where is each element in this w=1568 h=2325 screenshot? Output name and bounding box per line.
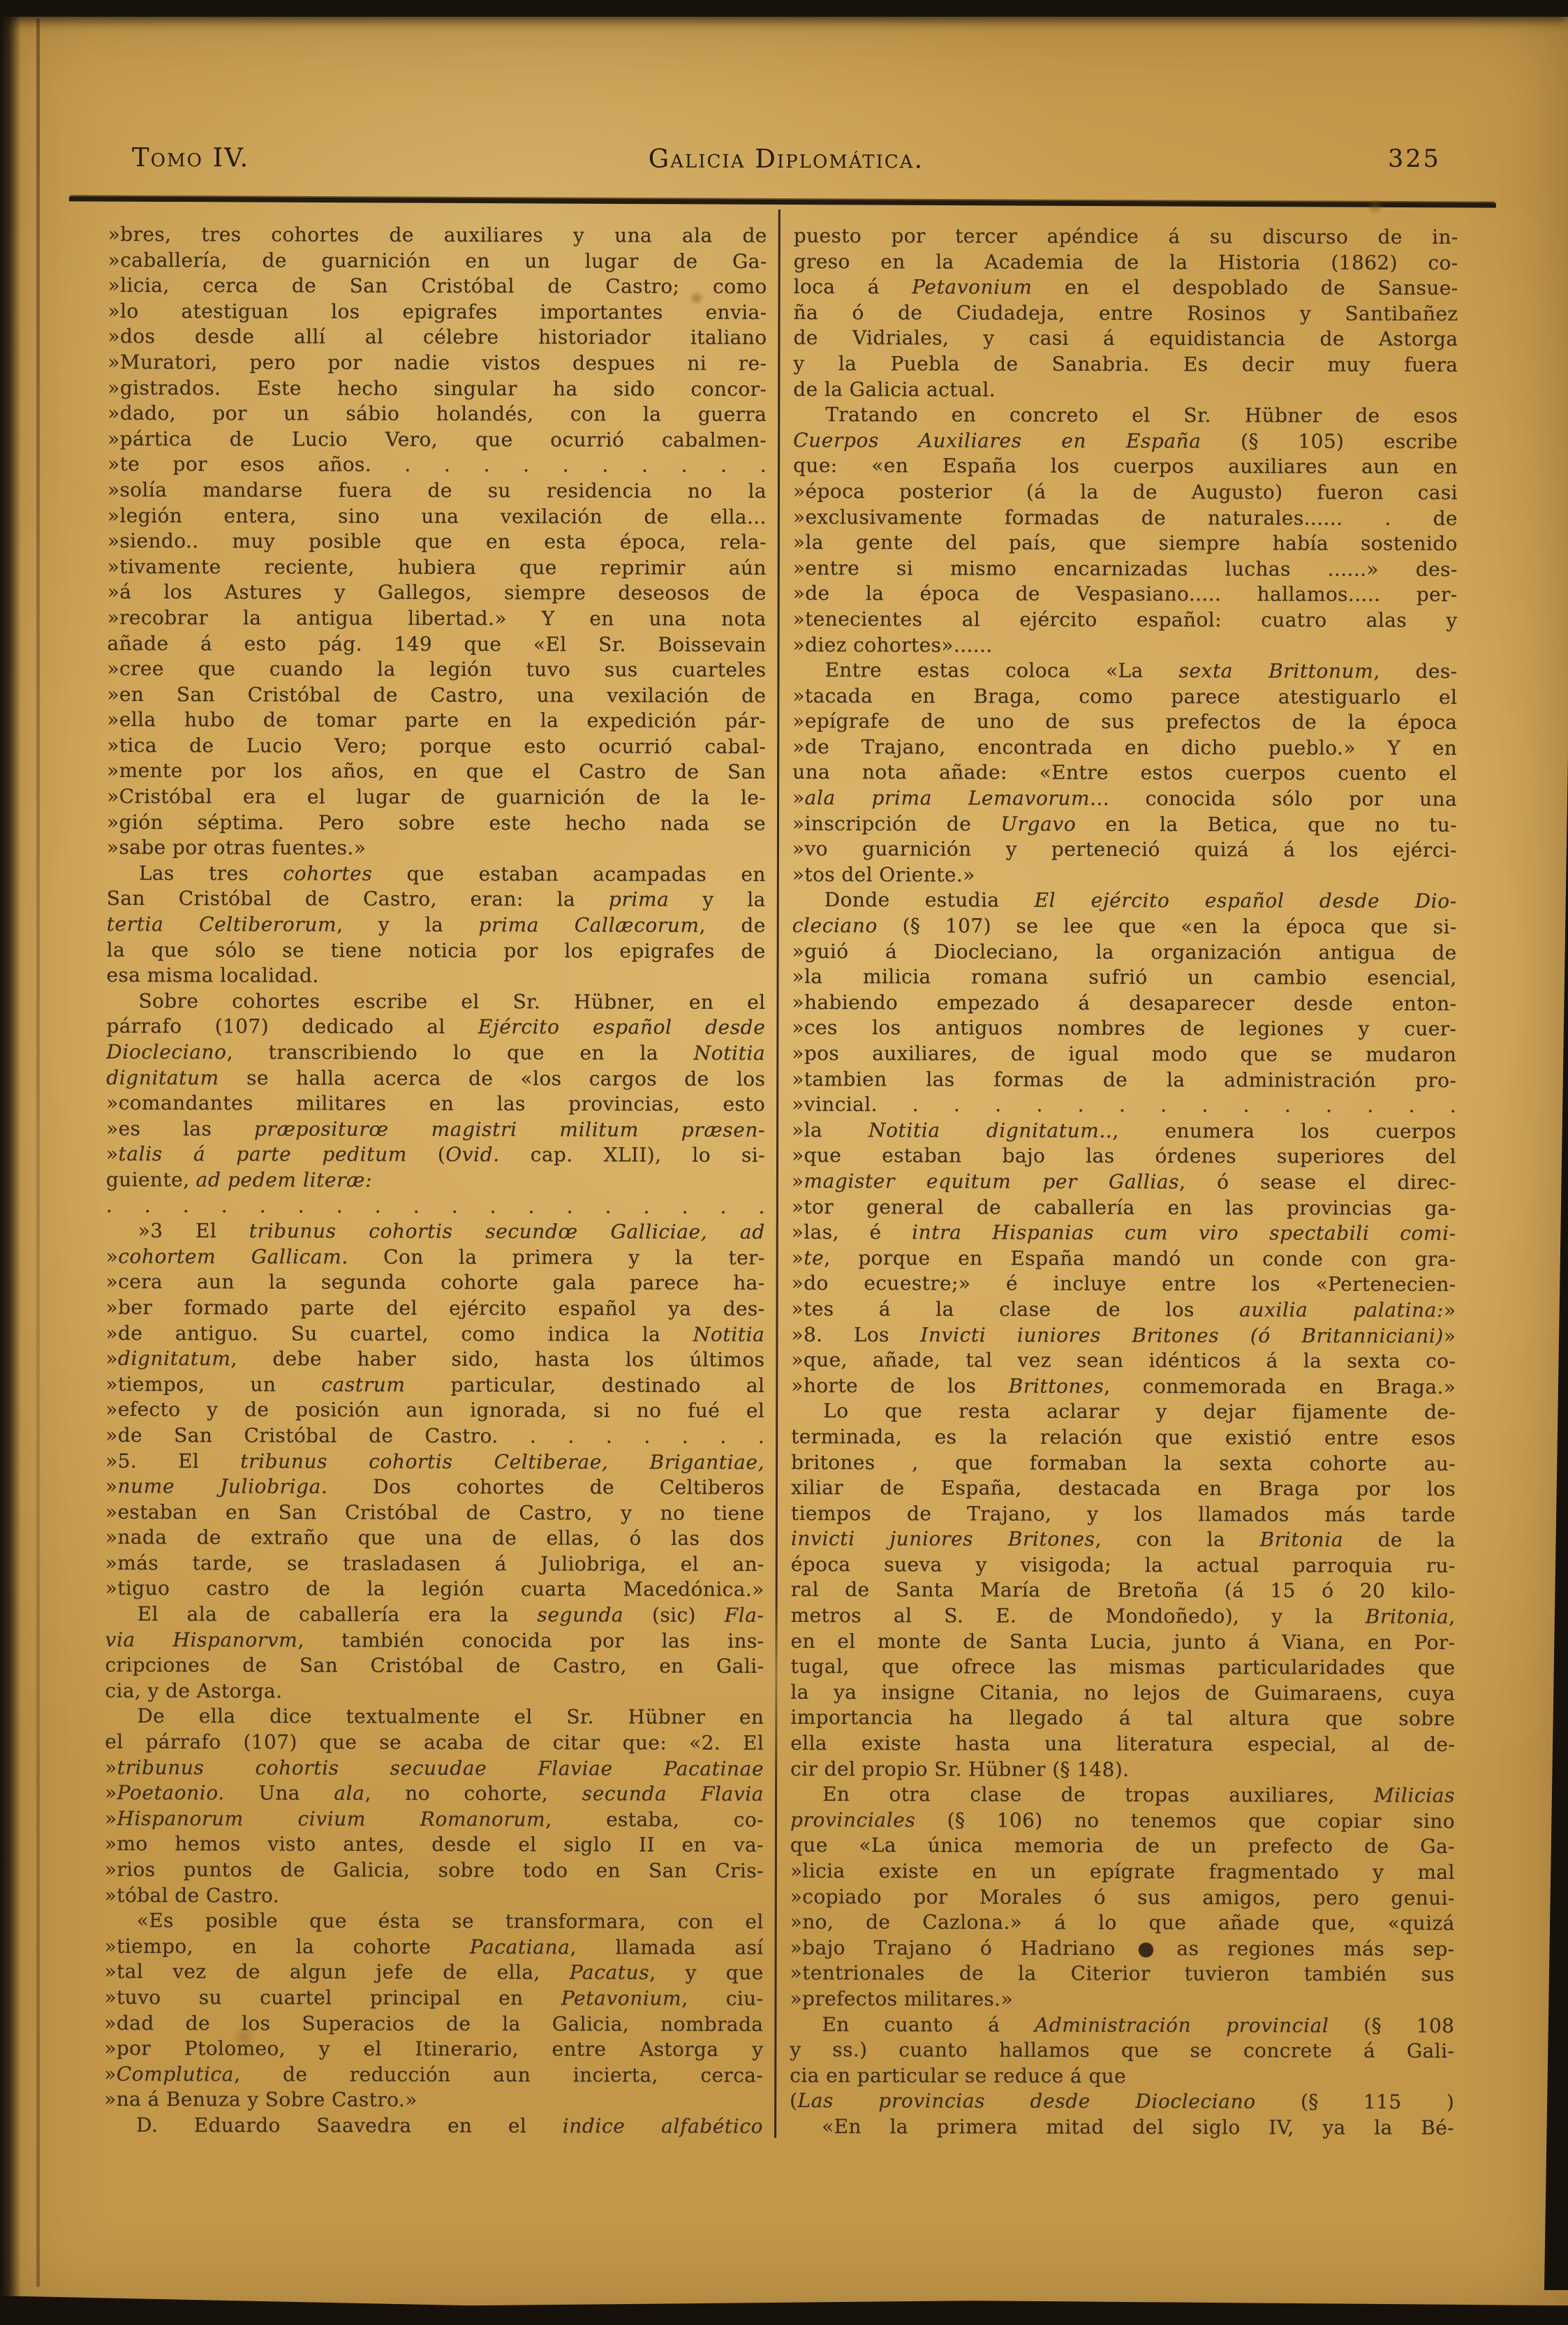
- text-line: »tuvo su cuartel principal en Petavonium…: [104, 1985, 763, 2012]
- text-line: »época posterior (á la de Augusto) fuero…: [793, 479, 1458, 506]
- text-line: San Cristóbal de Castro, eran: la prima …: [107, 886, 766, 913]
- text-line: »de antiguo. Su cuartel, como indica la …: [105, 1320, 764, 1348]
- page-content: Tomo IV. Galicia Diplomática. 325 »bres,…: [0, 0, 1568, 2325]
- text-line: »Complutica, de reducción aun incierta, …: [104, 2062, 763, 2089]
- text-line: »comandantes militares en las provincias…: [106, 1091, 765, 1118]
- text-line: »vincial. . . . . . . . . . . . . . .: [792, 1092, 1456, 1119]
- text-line: »es las præpositurœ magistri militum præ…: [106, 1116, 765, 1144]
- text-line: »habiendo empezado á desaparecer desde e…: [792, 990, 1456, 1017]
- text-line: »tes á la clase de los auxilia palatina:…: [792, 1297, 1456, 1324]
- text-line: »3 El tribunus cohortis secundœ Gallicia…: [106, 1218, 765, 1246]
- text-line: invicti juniores Britones, con la Briton…: [791, 1526, 1456, 1553]
- text-line: cir del propio Sr. Hübner (§ 148).: [790, 1757, 1455, 1784]
- text-line: »dos desde allí al célebre historiador i…: [108, 324, 767, 351]
- text-line: »de la época de Vespasiano..... hallamos…: [793, 581, 1458, 608]
- text-line: la que sólo se tiene noticia por los epi…: [107, 938, 766, 965]
- text-line: »gistrados. Este hecho singular ha sido …: [108, 376, 767, 403]
- text-line: »dad de los Superacios de la Galicia, no…: [104, 2011, 763, 2038]
- text-line: »tentrionales de la Citerior tuvieron ta…: [790, 1961, 1455, 1988]
- text-line: »licia, cerca de San Cristóbal de Castro…: [108, 273, 767, 300]
- text-line: »tenecientes al ejército español: cuatro…: [793, 607, 1458, 634]
- scanned-book-page: Tomo IV. Galicia Diplomática. 325 »bres,…: [0, 0, 1568, 2325]
- text-line: »á los Astures y Gallegos, siempre deseo…: [108, 580, 767, 607]
- text-line: »pos auxiliares, de igual modo que se mu…: [792, 1041, 1456, 1068]
- text-line: añade á esto pág. 149 que «El Sr. Boisse…: [108, 630, 767, 658]
- text-line: »que, añade, tal vez sean idénticos á la…: [791, 1348, 1456, 1375]
- text-line: »cree que cuando la legión tuvo sus cuar…: [107, 656, 766, 684]
- text-line: greso en la Academia de la Historia (186…: [794, 249, 1458, 276]
- text-line: »ala prima Lemavorum... conocida sólo po…: [792, 785, 1457, 813]
- text-line: ña ó de Ciudadeja, entre Rosinos y Santi…: [794, 300, 1458, 327]
- text-line: »inscripción de Urgavo en la Betica, que…: [792, 811, 1457, 839]
- text-line: »solía mandarse fuera de su residencia n…: [108, 478, 767, 505]
- text-line: »Hispanorum civium Romanorum, estaba, co…: [105, 1806, 764, 1833]
- text-line: »pártica de Lucio Vero, que ocurrió caba…: [108, 427, 767, 454]
- text-line: »vo guarnición y perteneció quizá á los …: [792, 836, 1457, 864]
- text-line: »tambien las formas de la administración…: [792, 1067, 1456, 1094]
- text-line: »cohortem Gallicam. Con la primera y la …: [106, 1244, 765, 1271]
- text-line: »ella hubo de tomar parte en la expedici…: [107, 707, 766, 735]
- column-divider-rule: [774, 209, 781, 2138]
- text-line: cripciones de San Cristóbal de Castro, e…: [105, 1653, 764, 1680]
- text-line: »magister equitum per Gallias, ó sease e…: [792, 1169, 1456, 1196]
- text-line: »por Ptolomeo, y el Itinerario, entre As…: [104, 2036, 763, 2063]
- text-line: ella existe hasta una literatura especia…: [790, 1731, 1455, 1758]
- text-line: ral de Santa María de Bretoña (á 15 ó 20…: [791, 1577, 1456, 1604]
- text-line: guiente, ad pedem literæ:: [106, 1167, 765, 1195]
- gutter-crease: [36, 18, 40, 2287]
- text-line: »prefectos militares.»: [790, 1986, 1454, 2014]
- text-line: época sueva y visigoda; la actual parroq…: [791, 1552, 1456, 1579]
- text-line: »diez cohortes»......: [793, 633, 1458, 660]
- text-line: Entre estas coloca «La sexta Brittonum, …: [792, 658, 1457, 685]
- text-line: Cuerpos Auxiliares en España (§ 105) esc…: [793, 428, 1458, 455]
- text-line: »caballería, de guarnición en un lugar d…: [108, 248, 767, 275]
- text-line: »tribunus cohortis secuudae Flaviae Paca…: [105, 1755, 764, 1782]
- text-line: »siendo.. muy posible que en esta época,…: [108, 529, 767, 556]
- text-line: »tiempos, un castrum particular, destina…: [105, 1372, 764, 1399]
- text-line: En otra clase de tropas auxiliares, Mili…: [790, 1782, 1455, 1809]
- text-line: Las tres cohortes que estaban acampadas …: [107, 861, 766, 888]
- text-line: »más tarde, se trasladasen á Juliobriga,…: [105, 1551, 764, 1578]
- text-line: »dado, por un sábio holandés, con la gue…: [108, 401, 767, 428]
- text-line: »copiado por Morales ó sus amigos, pero …: [790, 1884, 1455, 1912]
- text-line: »Poetaonio. Una ala, no cohorte, secunda…: [105, 1780, 764, 1808]
- text-line: El ala de caballería era la segunda (sic…: [105, 1602, 764, 1629]
- text-line: importancia ha llegado á tal altura que …: [790, 1705, 1455, 1732]
- text-line: xiliar de España, destacada en Braga por…: [791, 1475, 1456, 1503]
- text-line: »5. El tribunus cohortis Celtiberae, Bri…: [105, 1448, 764, 1475]
- text-line: »nume Juliobriga. Dos cohortes de Celtib…: [105, 1474, 764, 1501]
- text-line: »licia existe en un epígrate fragmentado…: [790, 1859, 1455, 1886]
- text-line: Sobre cohortes escribe el Sr. Hübner, en…: [106, 989, 765, 1016]
- text-column-left: »bres, tres cohortes de auxiliares y una…: [104, 222, 767, 2140]
- text-line: »tica de Lucio Vero; porque esto ocurrió…: [107, 733, 766, 760]
- text-line: britones , que formaban la sexta cohorte…: [791, 1450, 1456, 1477]
- text-line: »tacada en Braga, como parece atestiguar…: [792, 684, 1457, 711]
- text-line: »lo atestiguan los epigrafes importantes…: [108, 299, 767, 326]
- text-line: »guió á Diocleciano, la organización ant…: [792, 939, 1457, 966]
- text-line: terminada, es la relación que existió en…: [791, 1424, 1456, 1452]
- text-line: »8. Los Invicti iuniores Britones (ó Bri…: [791, 1322, 1456, 1350]
- text-line: párrafo (107) dedicado al Ejército españ…: [106, 1014, 765, 1041]
- text-line: »nada de extraño que una de ellas, ó las…: [105, 1525, 764, 1552]
- text-line: »bres, tres cohortes de auxiliares y una…: [108, 222, 767, 249]
- text-line: »la milicia romana sufrió un cambio esen…: [792, 964, 1457, 991]
- text-line: »na á Benuza y Sobre Castro.»: [104, 2087, 763, 2114]
- book-top-edge-shadow: [0, 0, 1568, 17]
- text-line: »bajo Trajano ó Hadriano●as regiones más…: [790, 1935, 1455, 1963]
- text-line: »mo hemos visto antes, desde el siglo II…: [105, 1831, 764, 1859]
- text-column-right: puesto por tercer apéndice á su discurso…: [790, 223, 1458, 2141]
- text-line: metros al S. E. de Mondoñedo), y la Brit…: [791, 1603, 1456, 1630]
- text-line: «En la primera mitad del siglo IV, ya la…: [790, 2114, 1454, 2141]
- text-line: »recobrar la antigua libertad.» Y en una…: [108, 605, 767, 633]
- text-line: Diocleciano, transcribiendo lo que en la…: [106, 1040, 765, 1067]
- text-line: »tal vez de algun jefe de ella, Pacatus,…: [105, 1959, 764, 1986]
- text-line: »tivamente reciente, hubiera que reprimi…: [108, 554, 767, 582]
- text-line: »mente por los años, en que el Castro de…: [107, 758, 766, 785]
- text-line: »tóbal de Castro.: [105, 1883, 764, 1910]
- text-line: que «La única memoria de un prefecto de …: [790, 1833, 1455, 1860]
- text-line: »efecto y de posición aun ignorada, si n…: [105, 1397, 764, 1424]
- text-line: una nota añade: «Entre estos cuerpos cue…: [792, 760, 1457, 787]
- text-line: »horte de los Brittones, conmemorada en …: [791, 1373, 1456, 1401]
- text-line: Lo que resta aclarar y dejar fijamente d…: [791, 1398, 1456, 1426]
- text-line: »tos del Oriente.»: [792, 862, 1457, 890]
- text-line: de la Galicia actual.: [793, 377, 1458, 404]
- text-line: tertia Celtiberorum, y la prima Callæcor…: [107, 912, 766, 939]
- text-line: »epígrafe de uno de sus prefectos de la …: [792, 709, 1457, 736]
- text-line: cia, y de Astorga.: [105, 1678, 764, 1706]
- text-line: D. Eduardo Saavedra en el indice alfabét…: [104, 2113, 763, 2140]
- text-line: via Hispanorvm, también conocida por las…: [105, 1627, 764, 1655]
- header-rule: [69, 196, 1496, 207]
- text-line: y ss.) cuanto hallamos que se concrete á…: [790, 2037, 1454, 2065]
- text-line: »entre si mismo encarnizadas luchas ....…: [793, 556, 1458, 583]
- text-line: el párrafo (107) que se acaba de citar q…: [105, 1729, 764, 1757]
- text-line: Donde estudia El ejército español desde …: [792, 887, 1457, 915]
- text-line: »ber formado parte del ejército español …: [106, 1295, 765, 1322]
- text-line: »legión entera, sino una vexilación de e…: [108, 503, 767, 530]
- text-line: »do ecuestre;» é incluye entre los «Pert…: [792, 1271, 1456, 1298]
- text-line: »estaban en San Cristóbal de Castro, y n…: [105, 1500, 764, 1527]
- text-line: »que estaban bajo las órdenes superiores…: [792, 1143, 1456, 1170]
- text-line: cleciano (§ 107) se lee que «en la época…: [792, 913, 1457, 940]
- text-line: »Muratori, pero por nadie vistos despues…: [108, 350, 767, 377]
- text-line: de Vidriales, y casi á equidistancia de …: [793, 325, 1458, 353]
- text-line: En cuanto á Administración provincial (§…: [790, 2012, 1454, 2039]
- text-line: dignitatum se halla acerca de «los cargo…: [106, 1065, 765, 1093]
- page-title: Galicia Diplomática.: [2, 142, 1568, 176]
- text-line: Tratando en concreto el Sr. Hübner de es…: [793, 402, 1458, 429]
- text-line: »no, de Cazlona.» á lo que añade que, «q…: [790, 1910, 1455, 1937]
- text-line: esa misma localidad.: [107, 963, 766, 990]
- text-line: »ces los antiguos nombres de legiones y …: [792, 1015, 1456, 1042]
- text-line: »cera aun la segunda cohorte gala parece…: [106, 1269, 765, 1297]
- text-line: »tiempo, en la cohorte Pacatiana, llamad…: [105, 1934, 764, 1961]
- text-line: cia en particular se reduce á que: [790, 2063, 1454, 2090]
- text-line: »sabe por otras fuentes.»: [107, 835, 766, 862]
- text-line: »tor general de caballería en las provin…: [792, 1195, 1456, 1222]
- text-line: y la Puebla de Sanabria. Es decir muy fu…: [793, 351, 1458, 378]
- text-line: tiempos de Trajano, y los llamados más t…: [791, 1501, 1456, 1528]
- text-line: »la Notitia dignitatum.., enumera los cu…: [792, 1118, 1456, 1145]
- text-line: »dignitatum, debe haber sido, hasta los …: [105, 1346, 764, 1373]
- text-line: provinciales (§ 106) no tenemos que copi…: [790, 1808, 1455, 1835]
- text-line: »la gente del país, que siempre había so…: [793, 530, 1458, 557]
- text-line: (Las provincias desde Diocleciano (§ 115…: [790, 2088, 1454, 2116]
- text-line: »te, porque en España mandó un conde con…: [792, 1246, 1456, 1273]
- text-line: »talis á parte peditum (Ovid. cap. XLII)…: [106, 1142, 765, 1169]
- text-line: »te por esos años. . . . . . . . . . .: [108, 452, 767, 479]
- text-line: «Es posible que ésta se transformara, co…: [105, 1908, 764, 1935]
- text-line: que: «en España los cuerpos auxiliares a…: [793, 453, 1458, 480]
- text-line: De ella dice textualmente el Sr. Hübner …: [105, 1704, 764, 1731]
- text-line: »de Trajano, encontrada en dicho pueblo.…: [792, 735, 1457, 762]
- text-line: loca á Petavonium en el despoblado de Sa…: [794, 274, 1458, 302]
- text-line: »las, é intra Hispanias cum viro spectab…: [792, 1220, 1456, 1247]
- text-line: »gión séptima. Pero sobre este hecho nad…: [107, 810, 766, 837]
- text-line: »rios puntos de Galicia, sobre todo en S…: [105, 1857, 764, 1884]
- text-line: puesto por tercer apéndice á su discurso…: [794, 223, 1458, 251]
- text-line: la ya insigne Citania, no lejos de Guima…: [790, 1680, 1455, 1707]
- text-line: en el monte de Santa Lucia, junto á Vian…: [791, 1629, 1456, 1656]
- text-line: »tiguo castro de la legión cuarta Macedó…: [105, 1576, 764, 1603]
- text-line: »exclusivamente formadas de naturales...…: [793, 505, 1458, 532]
- text-line: »de San Cristóbal de Castro. . . . . . .…: [105, 1423, 764, 1450]
- text-line: »en San Cristóbal de Castro, una vexilac…: [107, 682, 766, 709]
- text-line: »Cristóbal era el lugar de guarnición de…: [107, 784, 766, 811]
- page-number: 325: [1388, 145, 1441, 173]
- text-line: . . . . . . . . . . . . . . . . . .: [106, 1193, 765, 1220]
- book-left-edge-shadow: [0, 0, 21, 2325]
- text-line: tugal, que ofrece las mismas particulari…: [790, 1654, 1455, 1681]
